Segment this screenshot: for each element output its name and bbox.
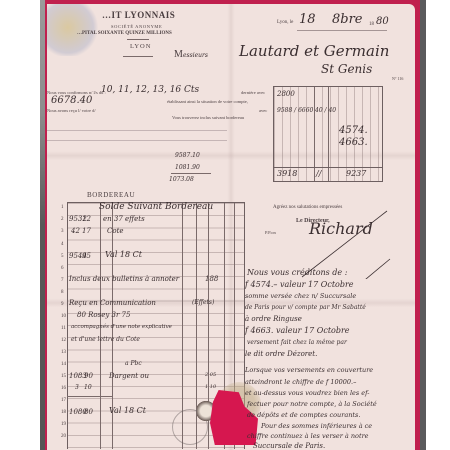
entry-text: Reçu en Communication <box>69 299 156 307</box>
line-number: 10 <box>61 314 66 319</box>
summary-cell: 9588 / 6660 <box>277 107 313 114</box>
note-line: f 4574.– valeur 17 Octobre <box>245 280 354 289</box>
line-number: 1 <box>61 205 64 210</box>
body-line1-suffix: dernière avec <box>241 90 265 95</box>
line-number: 8 <box>61 290 64 295</box>
line-number: 17 <box>61 398 66 403</box>
addressee-title: essieurs <box>183 52 208 59</box>
line-number: 3 <box>61 229 64 234</box>
entry-text: Solde Suivant Bordereau <box>99 202 213 212</box>
bank-name: …IT LYONNAIS <box>102 10 175 20</box>
addressee-name: Lautard et Germain <box>239 42 389 60</box>
note-line: Nous vous créditons de : <box>247 268 347 277</box>
date-prefix: Lyon, le <box>277 20 293 25</box>
line-number: 16 <box>61 386 66 391</box>
addressee-prefix: M <box>174 49 183 60</box>
line-number: 7 <box>61 278 64 283</box>
line-number: 20 <box>61 434 66 439</box>
note-line: fectuer pour notre compte, à la Société <box>247 400 377 408</box>
line-number: 6 <box>61 266 64 271</box>
entry-cents: 12 <box>82 215 91 223</box>
summary-cell: 3918 <box>277 169 297 178</box>
date-year: 80 <box>376 16 389 27</box>
summary-cell: 9237 <box>346 169 366 178</box>
note-line: versement fait chez la même par <box>247 339 347 346</box>
line-number: 9 <box>61 302 64 307</box>
summary-cell: 40 / 40 <box>315 107 336 114</box>
note-line: atteindront le chiffre de f 10000.– <box>245 378 356 386</box>
note-line: chiffre continuez à les verser à notre <box>247 432 369 440</box>
side-calc-line: 1081.90 <box>175 164 200 171</box>
note-line: somme versée chez n/ Succursale <box>245 292 356 300</box>
bordereau-title: BORDEREAU <box>87 191 135 199</box>
line-number: 13 <box>61 350 66 355</box>
body-amount: 6678.40 <box>51 95 92 106</box>
entry-text: et d'une lettre du Cote <box>71 336 140 343</box>
side-calc-line: 9587.10 <box>175 152 200 159</box>
entry-text: Val 18 Ct <box>109 406 146 415</box>
divider <box>123 56 153 57</box>
date-month: 8bre <box>332 12 363 27</box>
blank-line <box>47 140 227 141</box>
entry-text: a Pbc <box>125 360 142 367</box>
line-number: 14 <box>61 362 66 367</box>
line-number: 11 <box>61 326 66 331</box>
closing-pp: P.P.on <box>265 230 276 235</box>
ink-stain <box>47 4 99 56</box>
entry-cents: 17 <box>82 227 91 235</box>
line-number: 4 <box>61 242 64 247</box>
entry-text: Dargent ou <box>109 372 149 380</box>
line-number: 12 <box>61 338 66 343</box>
entry-cents: 90 <box>84 372 93 380</box>
entry-text: accompagnés d'une note explicative <box>71 324 172 330</box>
summary-cell: 4574. <box>339 125 368 136</box>
account-summary-table: 2800 9588 / 6660 40 / 40 4574. 4663. 391… <box>273 86 383 182</box>
summary-cell: 4663. <box>339 137 368 148</box>
side-calc-total: 1073.08 <box>169 176 194 183</box>
line-number: 19 <box>61 422 66 427</box>
bank-society-line: SOCIÉTÉ ANONYME <box>111 24 162 29</box>
note-line: le dit ordre Dézoret. <box>245 350 317 358</box>
body-line2-prefix: Nous avons reçu l/ votre d/ <box>47 108 96 113</box>
summary-cell: // <box>316 169 321 178</box>
entry-amount: 42 <box>71 227 80 235</box>
date-rule <box>297 30 387 31</box>
divider <box>127 39 149 40</box>
entry-right: (Effets) <box>192 299 214 306</box>
date-year-prefix: 18 <box>369 22 374 27</box>
note-line: Pour des sommes inférieures à ce <box>261 422 372 430</box>
addressee-place: St Genis <box>321 62 372 76</box>
entry-cents: 10 <box>84 384 92 391</box>
entry-cents: 80 <box>84 408 93 416</box>
blank-line <box>47 130 227 131</box>
note-line: Lorsque vos versements en couverture <box>245 366 373 374</box>
entry-right: 1 10 <box>205 384 216 390</box>
body-line1-dates: 10, 11, 12, 13, 16 Cts <box>101 85 199 95</box>
body-line3: Vous trouverez inclus suivant bordereau <box>172 115 244 120</box>
note-line: f 4663. valeur 17 Octobre <box>245 326 350 335</box>
entry-text: Inclus deux bulletins à annoter <box>69 275 179 283</box>
letter-page: …IT LYONNAIS SOCIÉTÉ ANONYME …PITAL SOIX… <box>47 4 415 450</box>
entry-text: Val 18 Ct <box>105 250 142 259</box>
note-line: Succursale de Paris. <box>253 442 325 450</box>
note-line: de dépôts et de comptes courants. <box>247 411 360 419</box>
entry-cents: 95 <box>82 252 91 260</box>
note-line: de Paris pour v/ compte par Mr Sabatté <box>245 304 366 311</box>
form-number: N° 116 <box>392 76 403 81</box>
entry-right: 188 <box>205 275 218 283</box>
note-line: et au-dessus vous voudrez bien les ef- <box>245 389 369 397</box>
bank-capital-line: …PITAL SOIXANTE QUINZE MILLIONS <box>77 31 172 36</box>
date-day: 18 <box>299 12 316 27</box>
entry-text: 80 Rosey 3r 75 <box>77 311 130 319</box>
bank-city: LYON <box>130 43 151 50</box>
line-number: 2 <box>61 217 64 222</box>
body-line2-suffix: avec <box>259 108 267 113</box>
body-line2-middle: établissant ainsi la situation de votre … <box>167 99 248 104</box>
entry-text: en 37 effets <box>103 215 145 223</box>
note-line: à ordre Ringuse <box>245 315 302 323</box>
line-number: 15 <box>61 374 66 379</box>
entry-text: Cote <box>107 227 124 235</box>
entry-amount: 3 <box>75 384 79 391</box>
line-number: 18 <box>61 410 66 415</box>
summary-cell: 2800 <box>277 90 295 98</box>
entry-right: 2 05 <box>205 372 216 378</box>
line-number: 5 <box>61 254 64 259</box>
